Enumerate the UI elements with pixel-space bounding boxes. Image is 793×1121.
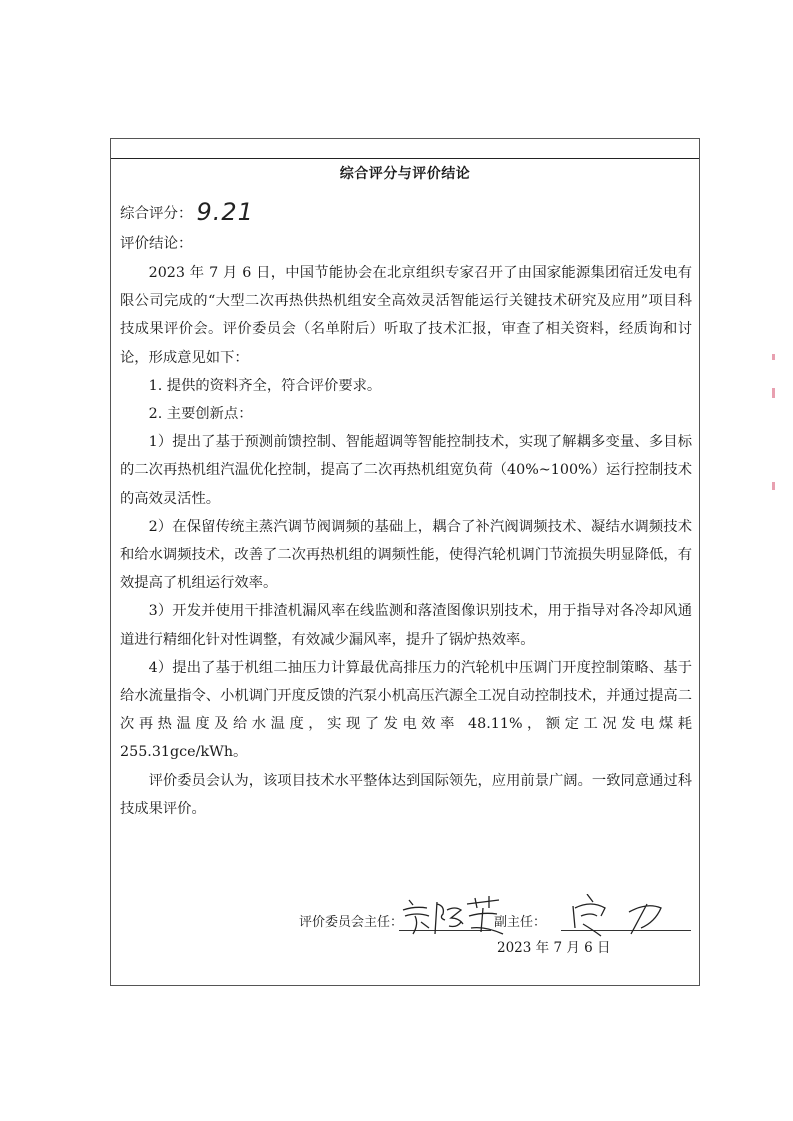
paragraph-item-2: 2. 主要创新点： <box>120 400 692 428</box>
paragraph-item-1: 1. 提供的资料齐全，符合评价要求。 <box>120 372 692 400</box>
red-mark <box>772 354 775 360</box>
vice-chair-signature <box>561 900 691 931</box>
section-title: 综合评分与评价结论 <box>111 163 699 183</box>
score-label: 综合评分： <box>120 202 193 223</box>
score-row: 综合评分： 9.21 <box>120 201 254 223</box>
scan-margin-marks <box>770 340 782 500</box>
handwritten-score: 9.21 <box>197 201 254 223</box>
header-strip <box>111 139 699 159</box>
vice-chair-label: 副主任： <box>494 911 546 930</box>
signature-date: 2023 年 7 月 6 日 <box>497 936 611 956</box>
red-mark <box>772 388 775 398</box>
handwritten-signature-icon <box>399 894 509 938</box>
evaluation-form-frame: 综合评分与评价结论 综合评分： 9.21 评价结论： 2023 年 7 月 6 … <box>110 138 700 986</box>
paragraph-innovation-3: 3）开发并使用干排渣机漏风率在线监测和落渣图像识别技术，用于指导对各冷却风通道进… <box>120 597 692 653</box>
red-mark <box>772 482 775 490</box>
conclusion-label: 评价结论： <box>120 232 193 253</box>
paragraph-conclusion: 评价委员会认为，该项目技术水平整体达到国际领先，应用前景广阔。一致同意通过科技成… <box>120 767 692 823</box>
handwritten-signature-icon <box>561 894 691 942</box>
paragraph-innovation-4: 4）提出了基于机组二抽压力计算最优高排压力的汽轮机中压调门开度控制策略、基于给水… <box>120 654 692 767</box>
conclusion-body: 2023 年 7 月 6 日，中国节能协会在北京组织专家召开了由国家能源集团宿迁… <box>120 259 692 823</box>
signature-row: 评价委员会主任： 副主任： <box>299 897 694 933</box>
paragraph-intro: 2023 年 7 月 6 日，中国节能协会在北京组织专家召开了由国家能源集团宿迁… <box>120 259 692 372</box>
chair-label: 评价委员会主任： <box>299 911 403 930</box>
paragraph-innovation-1: 1）提出了基于预测前馈控制、智能超调等智能控制技术，实现了解耦多变量、多目标的二… <box>120 428 692 513</box>
paragraph-innovation-2: 2）在保留传统主蒸汽调节阀调频的基础上，耦合了补汽阀调频技术、凝结水调频技术和给… <box>120 513 692 598</box>
chair-signature <box>399 900 491 931</box>
